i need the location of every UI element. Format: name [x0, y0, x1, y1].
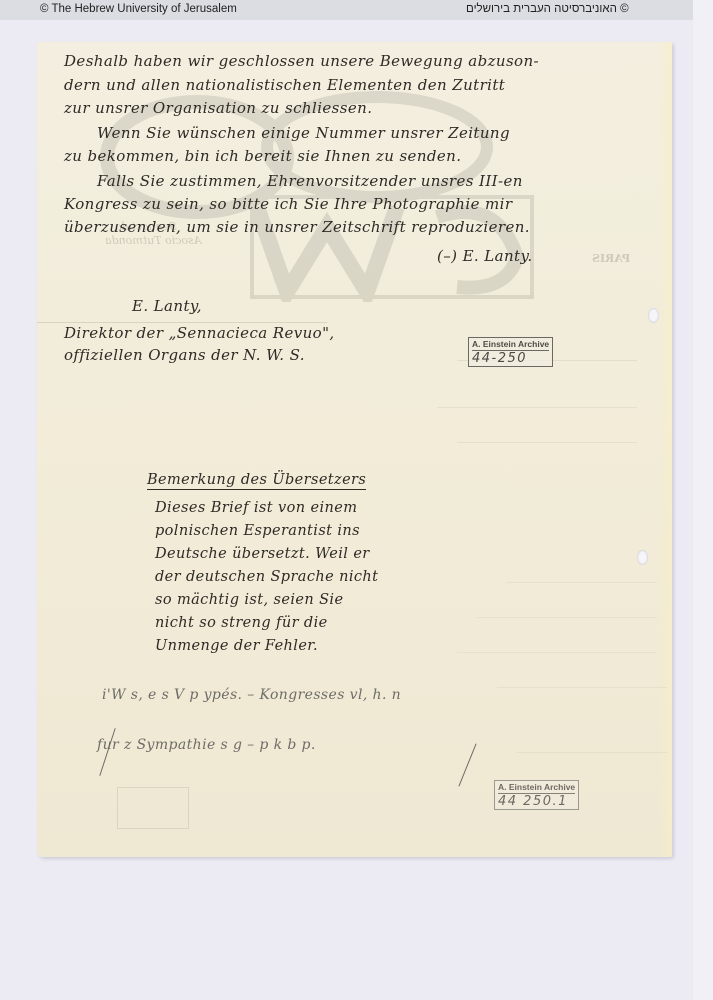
translator-note-line: polnischen Esperantist ins [155, 523, 360, 539]
copyright-english: © The Hebrew University of Jerusalem [40, 3, 237, 15]
letter-line: zu bekommen, bin ich bereit sie Ihnen zu… [64, 147, 461, 165]
signature: (–) E. Lanty. [437, 247, 533, 265]
translator-note-line: der deutschen Sprache nicht [155, 569, 378, 585]
pencil-note-line: i'W s, e s V p ypés. – Kongresses vl, h.… [102, 687, 401, 703]
letter-line: Falls Sie zustimmen, Ehrenvorsitzender u… [97, 172, 523, 190]
showthrough-line [457, 442, 637, 443]
letter-line: Deshalb haben wir geschlossen unsere Bew… [64, 52, 539, 70]
punch-hole [648, 308, 659, 323]
archive-stamp-label: A. Einstein Archive [498, 782, 575, 794]
showthrough-letterhead-3: PARIS [592, 252, 630, 265]
pencil-note-line: fur z Sympathie s g – p k b p. [97, 737, 316, 753]
letter-line: Wenn Sie wünschen einige Nummer unsrer Z… [97, 124, 510, 142]
archive-stamp-number: 44-250 [472, 351, 549, 366]
translator-note-line: so mächtig ist, seien Sie [155, 592, 343, 608]
archive-stamp: A. Einstein Archive 44-250 [468, 337, 553, 367]
copyright-bar: © The Hebrew University of Jerusalem © ה… [0, 0, 693, 20]
translator-note-line: nicht so streng für die [155, 615, 328, 631]
showthrough-line [457, 652, 657, 653]
translator-note-heading: Bemerkung des Übersetzers [147, 472, 366, 488]
showthrough-line [437, 407, 637, 408]
pencil-checkmark-icon [458, 743, 476, 786]
translator-note-line: Dieses Brief ist von einem [155, 500, 357, 516]
showthrough-line [517, 752, 667, 753]
sender-title: Direktor der „Sennacieca Revuo", [64, 324, 335, 342]
sender-name: E. Lanty, [132, 297, 202, 315]
archive-stamp: A. Einstein Archive 44 250.1 [494, 780, 579, 810]
showthrough-line [477, 617, 657, 618]
letter-line: dern und allen nationalistischen Element… [64, 76, 505, 94]
showthrough-line [497, 687, 667, 688]
archive-stamp-label: A. Einstein Archive [472, 339, 549, 351]
divider-line [37, 322, 327, 323]
showthrough-line [507, 582, 657, 583]
letter-line: überzusenden, um sie in unsrer Zeitschri… [64, 218, 530, 236]
copyright-hebrew: © האוניברסיטה העברית בירושלים [466, 3, 646, 15]
translator-note-line: Deutsche übersetzt. Weil er [155, 546, 370, 562]
letter-line: zur unsrer Organisation zu schliessen. [64, 99, 372, 117]
translator-note-line: Unmenge der Fehler. [155, 638, 318, 654]
letter-line: Kongress zu sein, so bitte ich Sie Ihre … [64, 195, 512, 213]
letter-page: Sennaciulo Asocio Tutmonda PARIS Deshalb… [37, 42, 672, 857]
punch-hole [637, 550, 648, 565]
scan-edge [693, 0, 713, 1000]
paper-edge-shade [658, 42, 672, 857]
faint-stamp-outline [117, 787, 189, 829]
sender-organ: offiziellen Organs der N. W. S. [64, 346, 305, 364]
archive-stamp-number: 44 250.1 [498, 794, 575, 809]
